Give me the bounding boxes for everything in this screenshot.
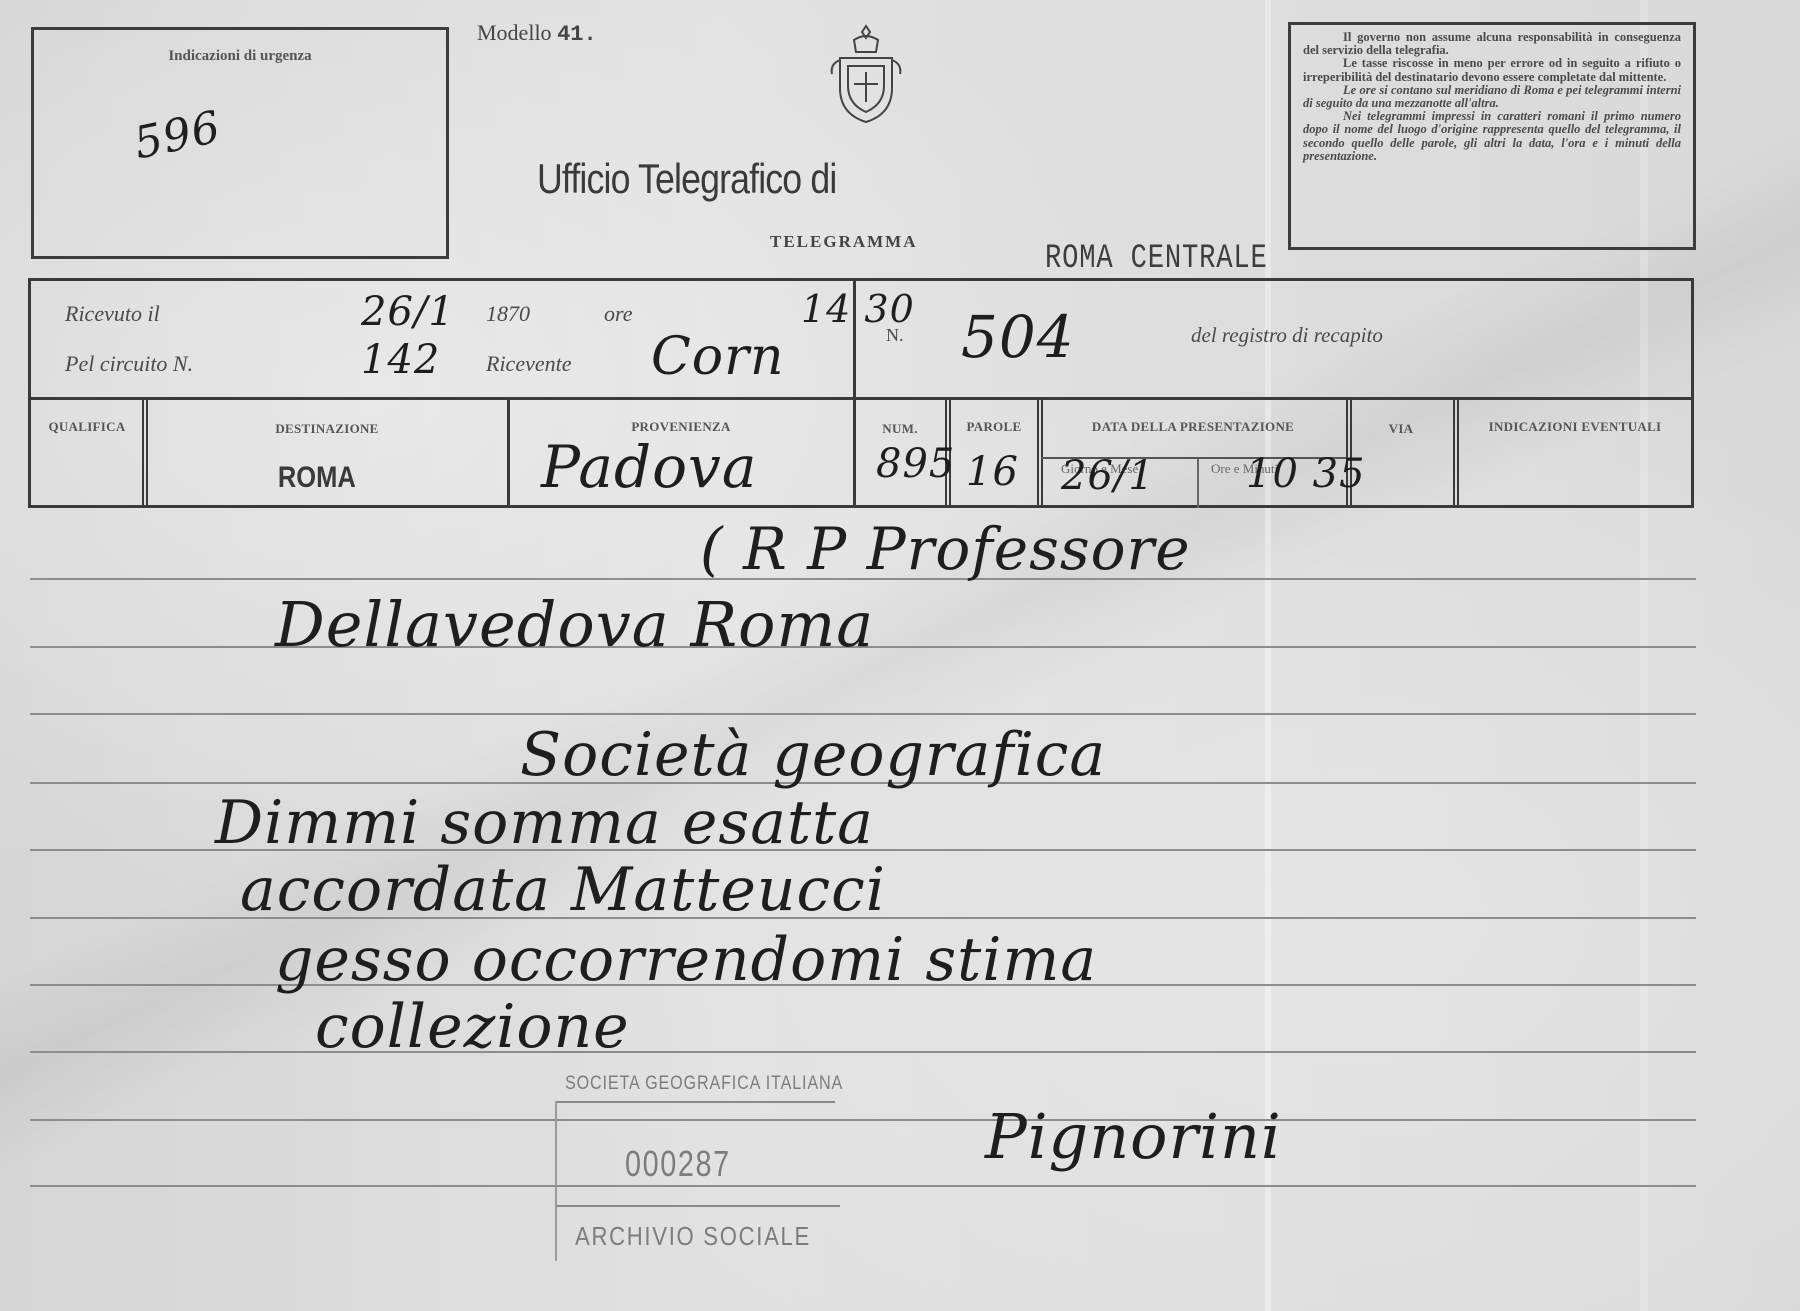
urgency-value: 596 [130,102,226,170]
office-stamp: ROMA CENTRALE [1045,240,1268,278]
register-number-label: N. [886,325,904,346]
origin-value: Padova [541,433,757,501]
column-divider [507,400,510,508]
column-header-num: NUM. [857,421,943,437]
received-year: 1870 [486,301,530,327]
register-number: 504 [961,303,1075,371]
circuit-label: Pel circuito N. [65,351,193,377]
notice-paragraph: Le tasse riscosse in meno per errore od … [1303,57,1681,83]
archive-stamp-number: 000287 [625,1143,731,1185]
notice-paragraph: Nei telegrammi impressi in caratteri rom… [1303,110,1681,163]
column-header-parole: PAROLE [951,419,1037,435]
coat-of-arms-icon [826,22,906,126]
message-line-body: gesso occorrendomi stima [275,925,1097,995]
form-model: Modello 41. [477,20,597,47]
archive-stamp-society: SOCIETA GEOGRAFICA ITALIANA [565,1073,843,1095]
form-model-number: 41. [557,22,597,47]
column-divider [1453,400,1459,508]
archive-stamp-archive: ARCHIVIO SOCIALE [575,1221,811,1252]
hour-separator [853,281,856,397]
message-line-body: Dimmi somma esatta [215,788,874,858]
urgency-label: Indicazioni di urgenza [34,48,446,65]
message-line-body: collezione [315,992,630,1062]
column-header-data: DATA DELLA PRESENTAZIONE [1043,419,1343,435]
telegram-form-table: Ricevuto il 26/1 1870 ore 14 30 Pel circ… [28,278,1694,508]
num-value: 895 [876,441,955,487]
urgency-box: Indicazioni di urgenza 596 [31,27,449,259]
hour-label: ore [604,301,633,327]
received-label: Ricevuto il [65,301,160,327]
ruled-line [30,1185,1696,1187]
form-model-label: Modello [477,20,552,45]
message-line-institution: Società geografica [520,720,1106,790]
ruled-line [30,1119,1696,1121]
ruled-line [30,1051,1696,1053]
notice-paragraph: Il governo non assume alcuna responsabil… [1303,31,1681,57]
message-line-addressee-name: Dellavedova Roma [275,588,874,661]
receiver-name: Corn [651,327,784,387]
ruled-line [30,713,1696,715]
document-type: TELEGRAMMA [770,232,918,252]
form-divider [31,397,1691,400]
column-divider [142,400,148,508]
received-date: 26/1 [361,289,455,335]
column-divider [853,400,856,508]
column-header-qualifica: QUALIFICA [37,419,137,435]
receiver-label: Ricevente [486,351,572,377]
signature: Pignorini [985,1100,1282,1173]
column-header-destinazione: DESTINAZIONE [149,421,505,437]
archive-stamp: SOCIETA GEOGRAFICA ITALIANA 000287 ARCHI… [555,1063,840,1263]
column-divider [1037,400,1043,508]
notice-box: Il governo non assume alcuna responsabil… [1288,22,1696,250]
words-value: 16 [966,449,1019,495]
circuit-number: 142 [361,337,440,383]
message-line-addressee-title: ( R P Professore [700,515,1191,583]
presentation-day: 26/1 [1061,453,1155,499]
column-header-indicazioni: INDICAZIONI EVENTUALI [1459,419,1691,435]
register-label: del registro di recapito [1191,323,1383,348]
column-header-via: VIA [1351,421,1451,437]
destination-stamp: ROMA [278,461,356,495]
date-subcolumn-divider [1197,459,1199,508]
notice-paragraph: Le ore si contano sul meridiano di Roma … [1303,84,1681,110]
office-title: Ufficio Telegrafico di [537,155,836,203]
presentation-time: 10 35 [1246,451,1366,497]
message-line-body: accordata Matteucci [240,855,886,925]
